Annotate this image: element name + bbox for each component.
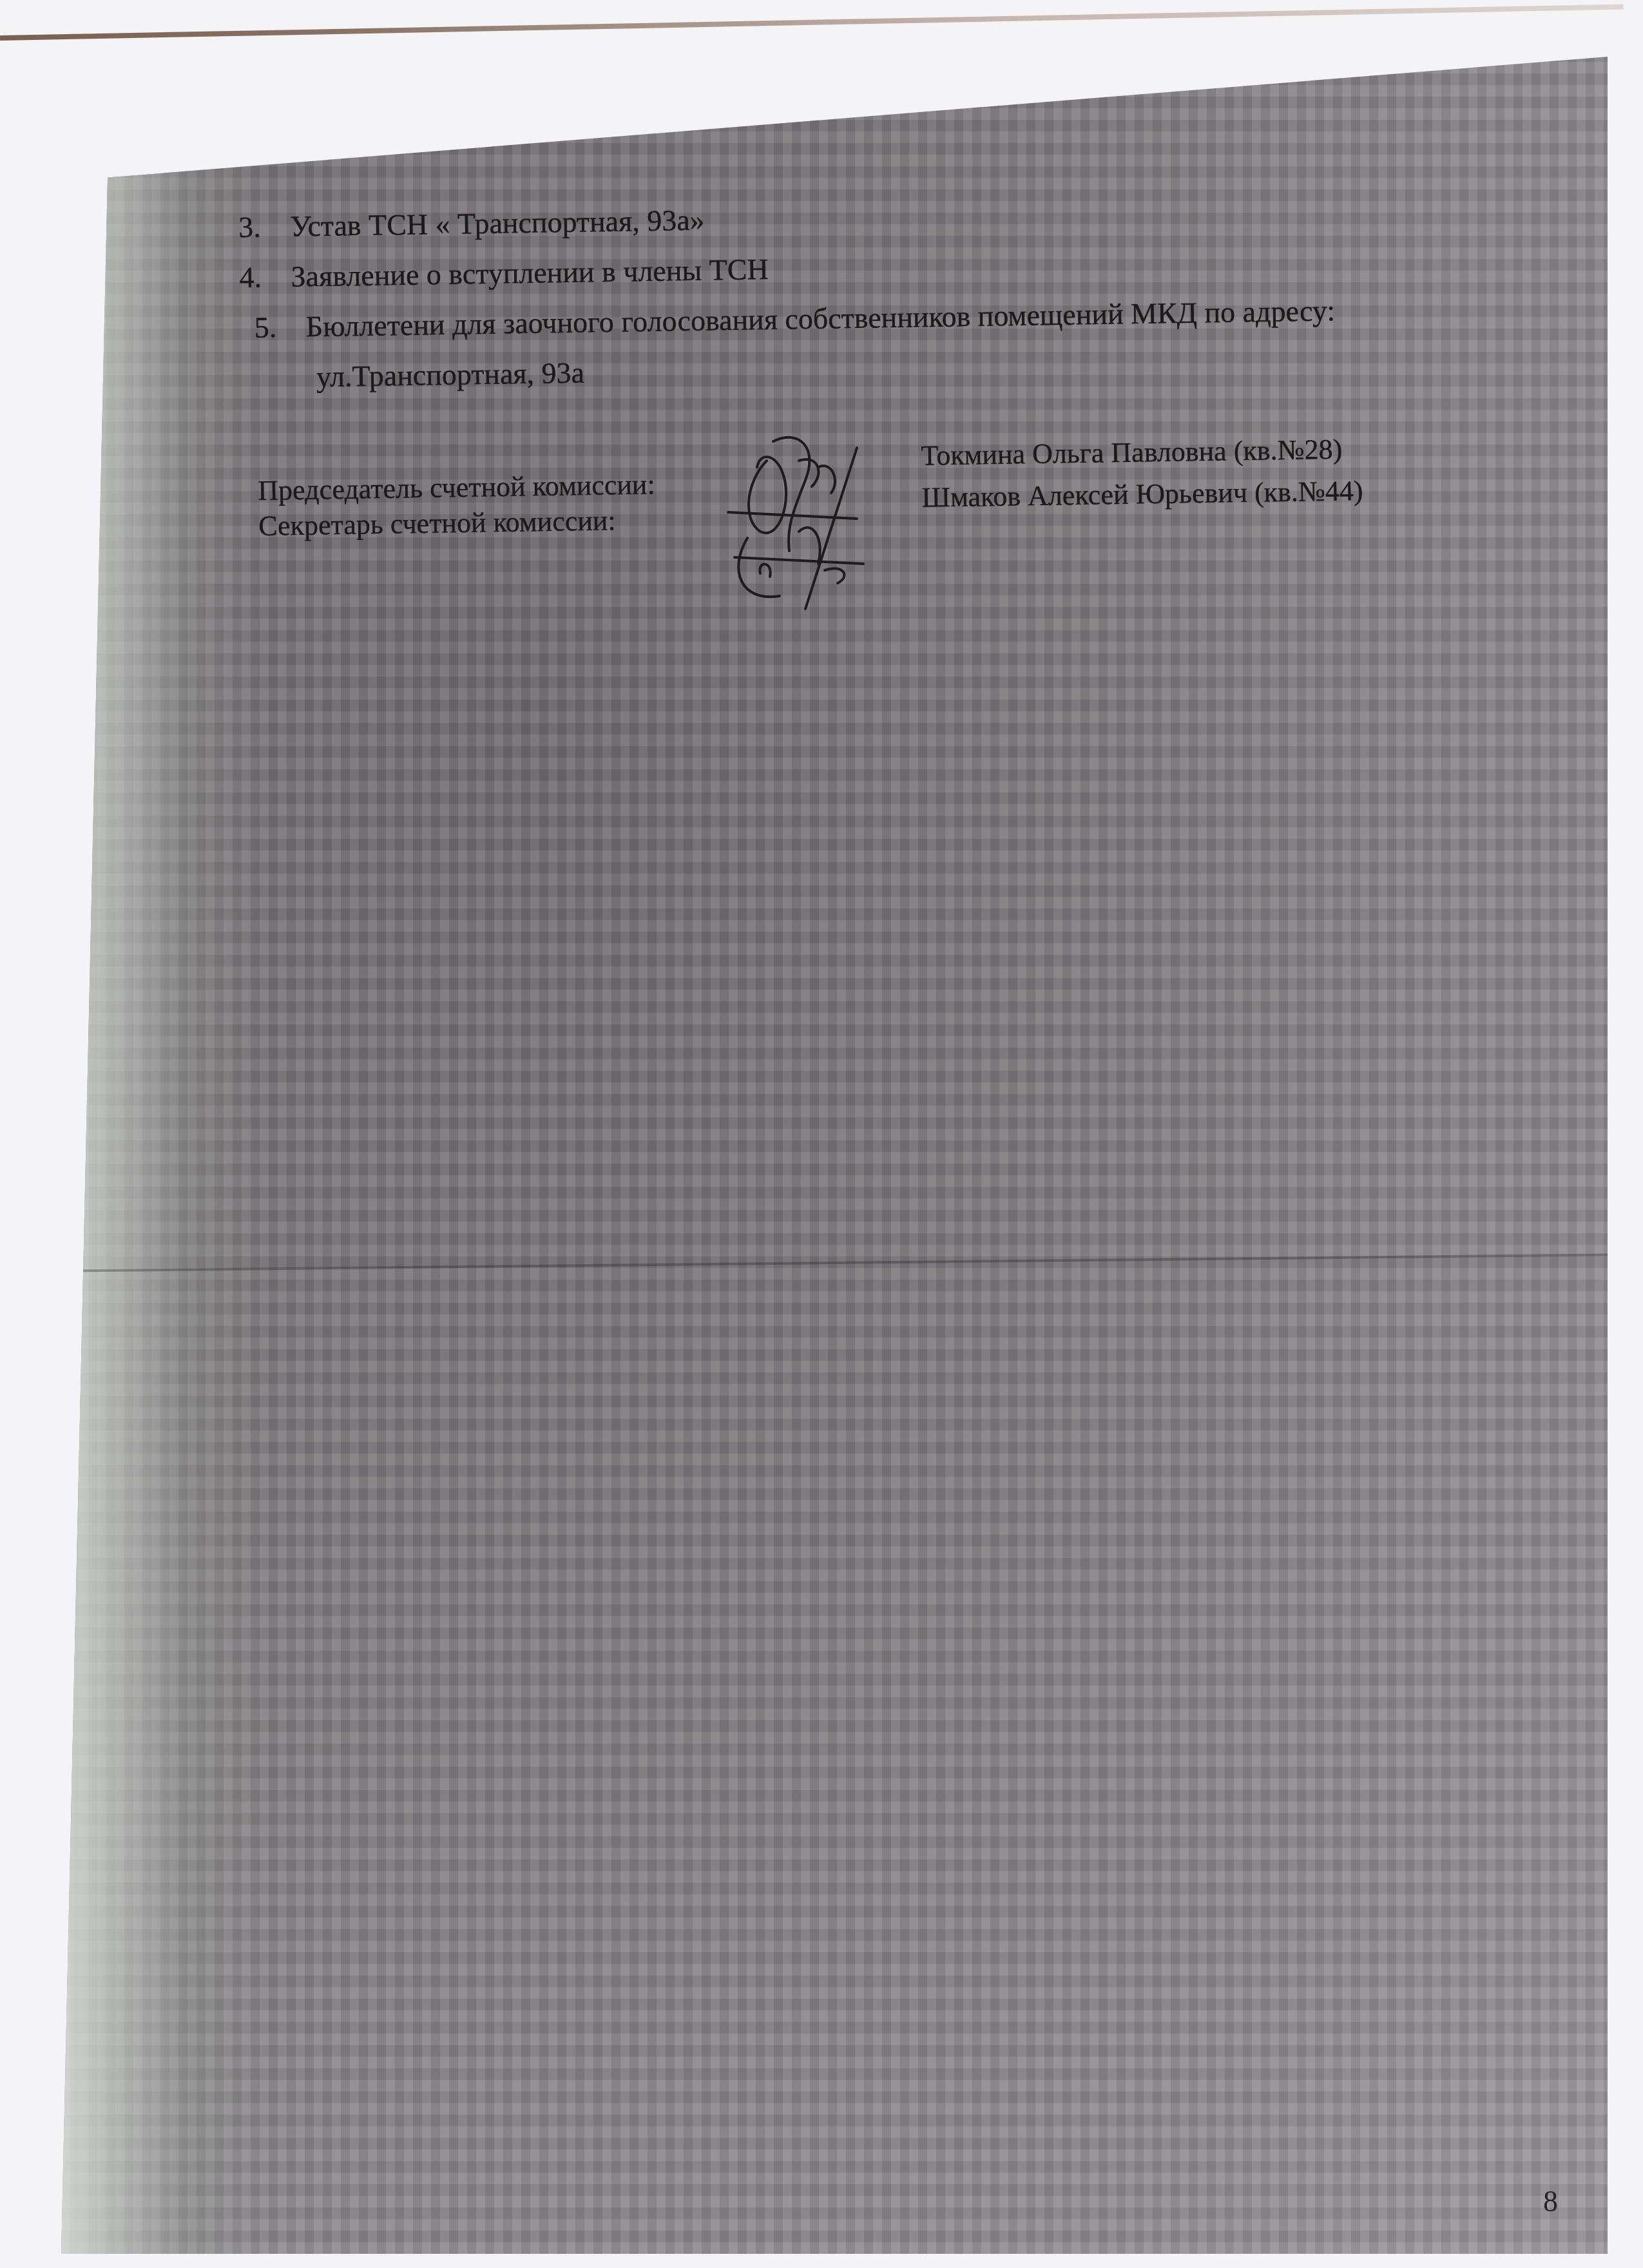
paper-edge [0,5,1624,41]
signature-name: Токмина Ольга Павловна (кв.№28) [921,436,1342,470]
list-item-text: Заявление о вступлении в члены ТСН [291,253,769,293]
handwritten-signature-icon [722,422,941,615]
attachments-list: 3.Устав ТСН « Транспортная, 93а» 4.Заявл… [238,195,1336,414]
signature-role: Председатель счетной комиссии: [258,470,655,505]
list-item-number: 3. [238,212,291,242]
signature-role: Секретарь счетной комиссии: [258,506,616,541]
signature-name: Шмаков Алексей Юрьевич (кв.№44) [921,477,1363,512]
list-item-text: Устав ТСН « Транспортная, 93а» [290,204,705,243]
list-item-number: 5. [254,312,306,342]
list-item-number: 4. [239,262,291,293]
page-number: 8 [1543,2184,1558,2218]
list-item-address: ул.Транспортная, 93а [316,356,585,394]
